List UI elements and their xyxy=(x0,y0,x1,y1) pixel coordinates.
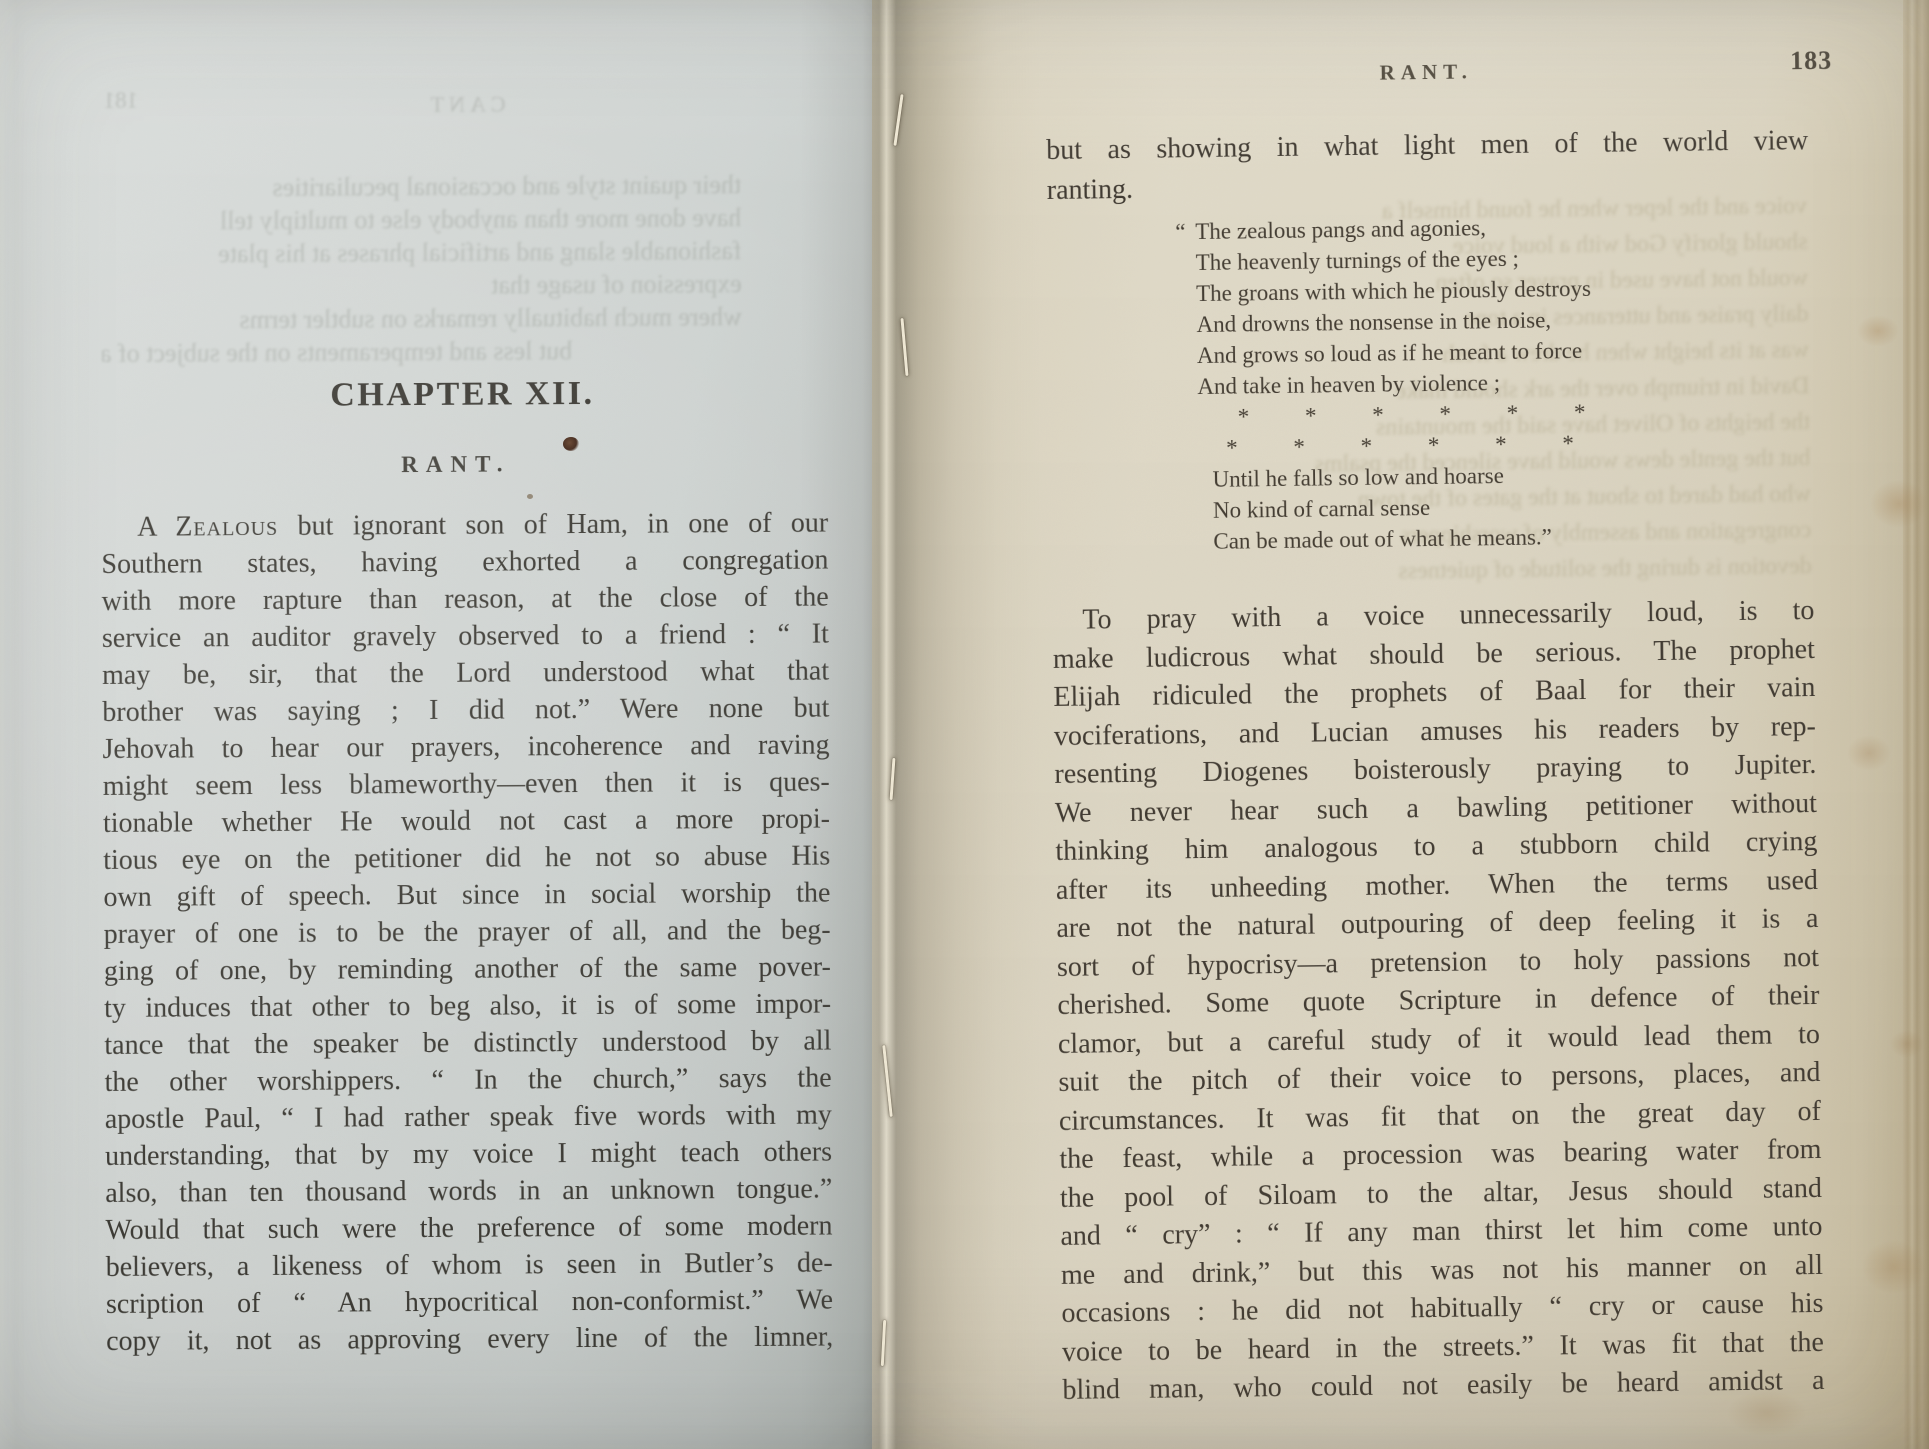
asterisk-row: * * * * * * xyxy=(1238,397,1593,433)
body-text-line: sort of hypocrisy—a pretension to holy p… xyxy=(1057,938,1819,986)
foxing-spot xyxy=(1857,315,1899,347)
body-text-line: Southern states, having exhorted a congr… xyxy=(101,542,828,583)
right-page: voice and the leper when he found himsel… xyxy=(872,0,1929,1449)
right-page-content: voice and the leper when he found himsel… xyxy=(1045,45,1807,55)
body-text-line: copy it, not as approving every line of … xyxy=(106,1318,833,1359)
poem-line: “The zealous pangs and agonies, xyxy=(1195,211,1590,247)
body-text-line: blind man, who could not easily be heard… xyxy=(1062,1362,1824,1410)
poem-line: No kind of carnal sense xyxy=(1199,490,1594,526)
poem-line: Can be made out of what he means.” xyxy=(1199,521,1594,557)
bleedthrough-line: where much habitually remarks on subtler… xyxy=(102,302,742,336)
body-text-line: after its unheeding mother. When the ter… xyxy=(1056,861,1818,909)
bleedthrough-line: voice and the leper when he found himsel… xyxy=(1377,193,1807,226)
smallcaps-word: Zealous xyxy=(175,511,278,543)
body-text-line: tionable whether He would not cast a mor… xyxy=(103,800,830,841)
body-text-line: me and drink,” but this was not his mann… xyxy=(1061,1246,1823,1294)
body-text-line: believers, a likeness of whom is seen in… xyxy=(106,1244,833,1285)
bleedthrough-line: who had dared to shout at the gates of t… xyxy=(1281,481,1811,515)
poem-line: Until he falls so low and hoarse xyxy=(1198,459,1593,495)
body-text-line: clamor, but a careful study of it would … xyxy=(1058,1015,1820,1063)
body-text-line: scription of “ An hypocritical non-confo… xyxy=(106,1281,833,1322)
poem-line: And take in heaven by violence ; xyxy=(1197,366,1592,402)
body-text-line: ging of one, by reminding another of the… xyxy=(104,948,831,989)
ink-blot xyxy=(563,437,579,451)
bleedthrough-line: but less and temperaments on the subject… xyxy=(102,336,572,369)
bleedthrough-line: the heights of Olivet have said the moun… xyxy=(1280,409,1810,443)
body-text-line: understanding, that by my voice I might … xyxy=(105,1133,832,1174)
body-text-line: the other worshippers. “ In the church,”… xyxy=(104,1059,831,1100)
body-text-line: and “ cry” : “ If any man thirst let him… xyxy=(1060,1208,1822,1256)
poem-line: And drowns the nonsense in the noise, xyxy=(1196,304,1591,340)
body-text-line: might seem less blameworthy—even then it… xyxy=(103,763,830,804)
poem-line: The groans with which he piously destroy… xyxy=(1196,273,1591,309)
book-photo: 181 CANT their quaint style and occasion… xyxy=(0,0,1929,1449)
body-text-line: service an auditor gravely observed to a… xyxy=(102,615,829,656)
bleedthrough-line: but the gentle dews would have silenced … xyxy=(1280,445,1810,479)
bleedthrough-text-block: voice and the leper when he found himsel… xyxy=(1045,45,1807,55)
body-text-line: circumstances. It was fit that on the gr… xyxy=(1059,1092,1821,1140)
fore-edge-pages xyxy=(1903,0,1929,1449)
body-text-line: with more rapture than reason, at the cl… xyxy=(102,578,829,619)
body-text-line: vociferations, and Lucian amuses his rea… xyxy=(1054,707,1816,755)
body-text-line: ranting. xyxy=(1047,174,1134,207)
chapter-heading: CHAPTER XII. xyxy=(97,374,827,416)
bleedthrough-running-head: CANT xyxy=(426,91,506,117)
body-text-line: may be, sir, that the Lord understood wh… xyxy=(102,652,829,693)
body-text-line: Jehovah to hear our prayers, incoherence… xyxy=(102,726,829,767)
bleedthrough-line: devotion is during the solitude of quiet… xyxy=(1282,553,1812,587)
bleedthrough-line: fashionable slang and artificial phrases… xyxy=(101,236,741,270)
bleedthrough-line: David in triumph over the ark should mak… xyxy=(1379,373,1809,406)
bleedthrough-line: was at its height when he drew a fresh xyxy=(1379,337,1809,370)
body-text-line: cherished. Some quote Scripture in defen… xyxy=(1057,977,1819,1025)
body-text-line: thinking him analogous to a stubborn chi… xyxy=(1055,823,1817,871)
body-text-line: We never hear such a bawling petitioner … xyxy=(1055,784,1817,832)
body-text-line: the pool of Siloam to the altar, Jesus s… xyxy=(1060,1169,1822,1217)
right-page-body-text: To pray with a voice unnecessarily loud,… xyxy=(1052,592,1825,1410)
bleedthrough-line: have done more than anybody else to mult… xyxy=(101,203,741,237)
body-text-line: ty induces that other to beg also, it is… xyxy=(104,985,831,1026)
body-text-line: the feast, while a procession was bearin… xyxy=(1059,1131,1821,1179)
body-text-line: voice to be heard in the streets.” It wa… xyxy=(1062,1323,1824,1371)
body-text-line: Elijah ridiculed the prophets of Baal fo… xyxy=(1053,669,1815,717)
section-heading: RANT. xyxy=(98,450,814,480)
bleedthrough-line: daily praise and utterances in a tone xyxy=(1378,301,1808,334)
body-text-line: are not the natural outpouring of deep f… xyxy=(1056,900,1818,948)
foxing-spot xyxy=(1870,480,1928,528)
body-text-line: but as showing in what light men of the … xyxy=(1046,125,1808,167)
body-text-line: resenting Diogenes boisterously praying … xyxy=(1054,746,1816,794)
poem-line: The heavenly turnings of the eyes ; xyxy=(1196,242,1591,278)
paper-speck xyxy=(527,494,533,499)
bleedthrough-line: would not have used in prayer so often xyxy=(1378,265,1808,298)
body-text-line: also, than ten thousand words in an unkn… xyxy=(105,1170,832,1211)
foxing-spot xyxy=(1847,735,1891,771)
running-head: RANT. xyxy=(1045,55,1807,90)
body-text-line: occasions : he did not habitually “ cry … xyxy=(1061,1285,1823,1333)
left-page-edge xyxy=(0,0,16,1449)
bleedthrough-text-block: their quaint style and occasional peculi… xyxy=(0,0,867,3)
body-text-line: A Zealous but ignorant son of Ham, in on… xyxy=(101,505,828,546)
body-text-line: brother was saying ; I did not.” Were no… xyxy=(102,689,829,730)
bleedthrough-line: should glorify God with a loud voice xyxy=(1377,229,1807,262)
body-text-line: prayer of one is to be the prayer of all… xyxy=(104,911,831,952)
poem-line: And grows so loud as if he meant to forc… xyxy=(1197,335,1592,371)
body-text-line: suit the pitch of their voice to persons… xyxy=(1058,1054,1820,1102)
body-text-line: make ludicrous what should be serious. T… xyxy=(1053,630,1815,678)
asterisk-row: * * * * * * xyxy=(1226,428,1593,464)
body-text-line: To pray with a voice unnecessarily loud,… xyxy=(1052,592,1814,640)
left-page: 181 CANT their quaint style and occasion… xyxy=(0,0,872,1449)
body-text-line: tance that the speaker be distinctly und… xyxy=(104,1022,831,1063)
foxing-spot xyxy=(1862,1240,1926,1294)
foxing-spot xyxy=(1890,1030,1924,1058)
left-page-content: 181 CANT their quaint style and occasion… xyxy=(0,0,876,1449)
bleedthrough-line: expression of usage that xyxy=(102,269,742,303)
body-text-line: apostle Paul, “ I had rather speak five … xyxy=(105,1096,832,1137)
left-page-body-text: A Zealous but ignorant son of Ham, in on… xyxy=(101,505,833,1360)
bleedthrough-line: congregation and assembly of worshippers xyxy=(1281,517,1811,551)
foxing-spot xyxy=(1727,1390,1807,1436)
poem-quote-block: “The zealous pangs and agonies,The heave… xyxy=(1195,211,1594,557)
open-quote: “ xyxy=(1175,216,1186,247)
body-text-line: tious eye on the petitioner did he not s… xyxy=(103,837,830,878)
bleedthrough-page-number: 181 xyxy=(104,88,139,114)
page-number: 183 xyxy=(1790,46,1832,77)
bleedthrough-line: their quaint style and occasional peculi… xyxy=(101,170,741,204)
body-text-line: Would that such were the preference of s… xyxy=(105,1207,832,1248)
body-text-line: own gift of speech. But since in social … xyxy=(103,874,830,915)
